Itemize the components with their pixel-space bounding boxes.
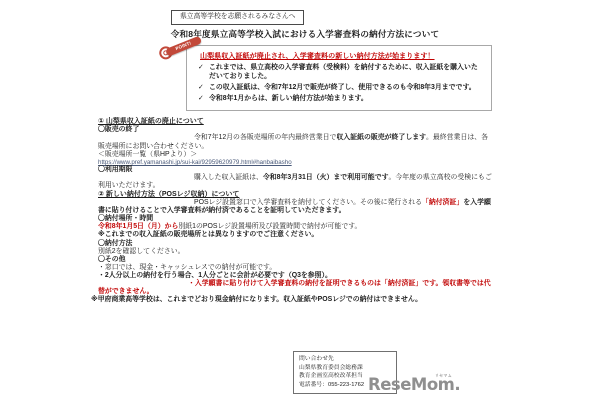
section2-heading: ② 新しい納付方法（POSレジ収納）について	[98, 191, 492, 199]
usage-limit-paragraph: 購入した収入証紙は、令和8年3月31日（火）まで利用可能です。今年度の県立高校の…	[98, 174, 492, 190]
notice-check-item: ✓ この収入証紙は、令和7年12月で販売が終了し、使用できるのも令和8年3月まで…	[198, 84, 483, 93]
resemom-logo-inner: ReseMomリセマム.	[368, 377, 460, 394]
notice-box: POINT! 山梨県収入証紙が廃止され、入学審査料の新しい納付方法が始まります！…	[186, 45, 492, 111]
document-body: ① 山梨県収入証紙の廃止について 〇販売の終了 令和7年12月の各販売場所の年内…	[98, 118, 492, 305]
section2-intro-paragraph: POSレジ設置窓口で入学審査料を納付してください。その後に発行される「納付済証」…	[98, 199, 492, 215]
audience-label-box: 県立高等学校を志願されるみなさんへ	[171, 10, 304, 25]
notice-check-item: ✓ 令和8年1月からは、新しい納付方法が始まります。	[198, 95, 483, 104]
payment-method-subhead: 〇納付方法	[98, 240, 492, 248]
checkmark-icon: ✓	[198, 95, 209, 104]
other-item-multiple: ・2人分以上の納付を行う場合、1人分ごとに会計が必要です（Q3を参照）。	[98, 272, 492, 280]
notice-heading: 山梨県収入証紙が廃止され、入学審査料の新しい納付方法が始まります！	[200, 51, 483, 61]
sales-location-list-label: ＜販売場所一覧（県HPより）＞	[98, 151, 492, 159]
sale-end-seg1: 令和7年12月の各販売場所の年内最終営業日で	[194, 134, 336, 141]
notice-check-item: ✓ これまでは、県立高校の入学審査料（受検料）を納付するために、収入証紙を購入い…	[198, 64, 483, 82]
usage-seg1: 購入した収入証紙は、	[194, 174, 263, 181]
resemom-logo-kana: リセマム	[435, 374, 452, 378]
place-seg2: 別紙1のPOSレジ設置場所及び設置時間で納付が可能です。	[178, 223, 361, 230]
notice-item-text: この収入証紙は、令和7年12月で販売が終了し、使用できるのも令和8年3月までです…	[209, 84, 483, 93]
notice-item-text: 令和8年1月からは、新しい納付方法が始まります。	[209, 95, 483, 104]
checkmark-icon: ✓	[198, 64, 209, 82]
section1-heading: ① 山梨県収入証紙の廃止について	[98, 118, 492, 126]
intro-seg2: 「納付済証」	[422, 199, 463, 206]
resemom-logo-period: .	[454, 375, 460, 394]
sale-end-seg2: 収入証紙の販売が終了します	[336, 134, 426, 141]
checkmark-icon: ✓	[198, 84, 209, 93]
notice-item-text: これまでは、県立高校の入学審査料（受検料）を納付するために、収入証紙を購入いただ…	[209, 64, 483, 82]
page-title: 令和8年度県立高等学校入試における入学審査料の納付方法について	[0, 28, 610, 40]
payment-place-note: ※これまでの収入証紙の販売場所とは異なりますのでご注意ください。	[98, 231, 492, 239]
other-item-certificate: ・入学願書に貼り付けて入学審査料の納付を証明できるものは「納付済証」です。領収書…	[98, 280, 492, 296]
audience-label: 県立高等学校を志願されるみなさんへ	[180, 13, 295, 20]
kofu-commercial-note: ※甲府商業高等学校は、これまでどおり現金納付になります。収入証紙やPOSレジでの…	[98, 296, 492, 304]
place-seg1: 令和8年1月5日（月）から	[98, 223, 178, 230]
intro-seg1: POSレジ設置窓口で入学審査料を納付してください。その後に発行される	[194, 199, 422, 206]
sale-end-paragraph: 令和7年12月の各販売場所の年内最終営業日で収入証紙の販売が終了します。最終営業…	[98, 134, 492, 150]
stamp-label: POINT!	[165, 36, 202, 57]
resemom-logo: ReseMomリセマム.	[368, 377, 460, 394]
payment-method-body: 別紙2を確認してください。	[98, 248, 492, 256]
contact-org: 山梨県教育委員会総務課	[299, 364, 391, 373]
sales-location-link[interactable]: https://www.pref.yamanashi.jp/sui-kai/92…	[98, 159, 292, 166]
document-page: 県立高等学校を志願されるみなさんへ 令和8年度県立高等学校入試における入学審査料…	[0, 0, 610, 400]
usage-seg2: 令和8年3月31日（火）まで利用可能です	[263, 174, 389, 181]
contact-label: 問い合わせ先	[299, 355, 391, 364]
other-subhead: 〇その他	[98, 256, 492, 264]
sales-location-link-line: https://www.pref.yamanashi.jp/sui-kai/92…	[98, 159, 492, 166]
payment-place-subhead: 〇納付場所・時間	[98, 215, 492, 223]
other-item-cash: ・窓口では、現金・キャッシュレスでの納付が可能です。	[98, 264, 492, 272]
